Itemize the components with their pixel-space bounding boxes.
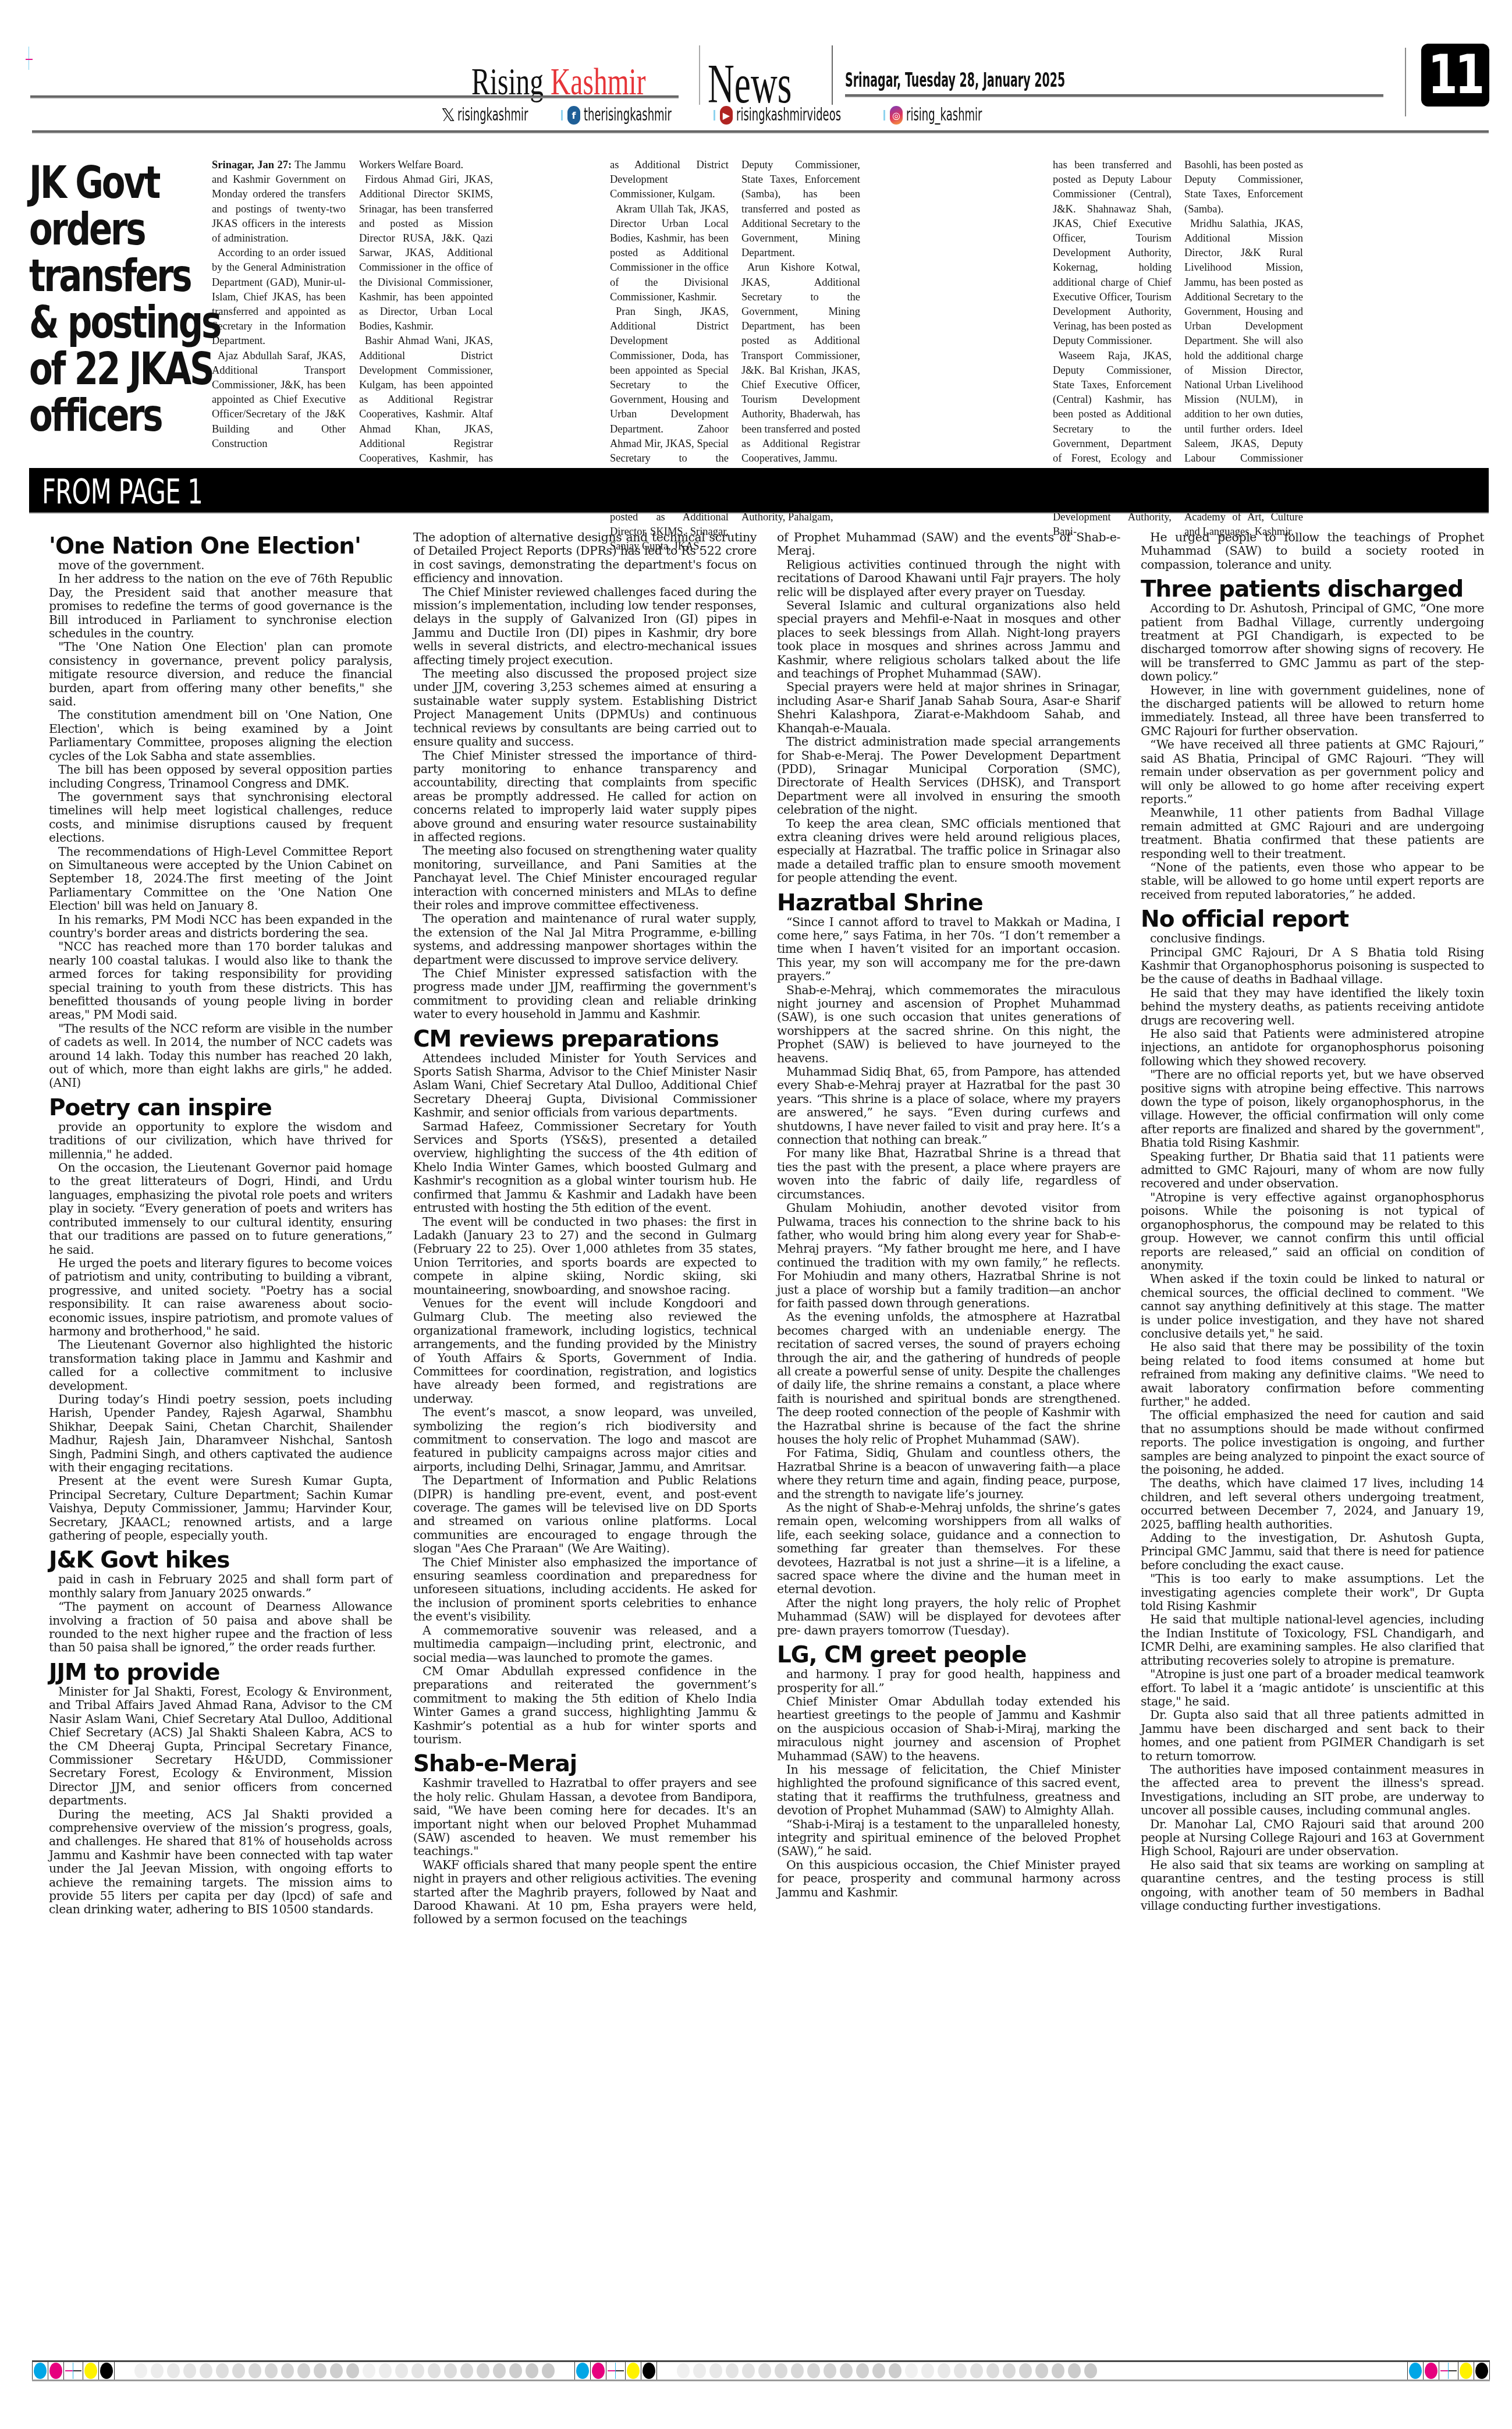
- paragraph: Arun Kishore Kotwal, JKAS, Additional Se…: [741, 261, 860, 466]
- print-color-bar: [32, 2360, 1490, 2381]
- article-shab-e-meraj-continued: of Prophet Muhammad (SAW) and the events…: [777, 531, 1120, 885]
- masthead-rule-right: [845, 94, 1383, 97]
- paragraph: According to an order issued by the Gene…: [212, 246, 346, 349]
- facebook-icon: f: [567, 106, 580, 125]
- instagram-icon: ◎: [890, 106, 903, 125]
- article-lg-cm-greet-continued: He urged people to follow the teachings …: [1141, 531, 1484, 572]
- section-heading: CM reviews preparations: [413, 1027, 757, 1052]
- youtube-icon: ▶: [720, 106, 733, 125]
- article-hazratbal-shrine: “Since I cannot afford to travel to Makk…: [777, 916, 1120, 1638]
- jump-column-2: The adoption of alternative designs and …: [413, 531, 757, 1927]
- magenta-patch: [592, 2363, 605, 2379]
- story-dateline: Srinagar, Jan 27:: [212, 159, 292, 171]
- x-icon: 𝕏: [442, 106, 454, 125]
- social-instagram[interactable]: ◎ rising_kashmir: [890, 106, 1011, 125]
- dateline: Srinagar, Tuesday 28, January 2025: [845, 70, 1065, 90]
- top-story-column: Srinagar, Jan 27: The Jammu and Kashmir …: [212, 158, 346, 452]
- jump-column-4: He urged people to follow the teachings …: [1141, 531, 1484, 1913]
- masthead-rule-left: [30, 95, 679, 98]
- page-number: 11: [1428, 48, 1482, 102]
- gray-scale-patches: [115, 2363, 574, 2378]
- section-heading: J&K Govt hikes: [49, 1548, 392, 1573]
- black-patch: [643, 2363, 655, 2379]
- masthead-rule-bottom: [32, 130, 1489, 133]
- social-handle: rising_kashmir: [906, 107, 969, 124]
- cmyk-patch-group: [574, 2362, 657, 2380]
- paragraph: Akram Ullah Tak, JKAS, Director Urban Lo…: [610, 203, 729, 305]
- section-heading: LG, CM greet people: [777, 1643, 1120, 1668]
- magenta-patch: [49, 2363, 62, 2379]
- section-heading: Shab-e-Meraj: [413, 1752, 757, 1776]
- registration-crop-mark: [26, 47, 33, 70]
- article-cm-reviews-preparations: Attendees included Minister for Youth Se…: [413, 1052, 757, 1747]
- magenta-patch: [1425, 2363, 1438, 2379]
- article-jk-govt-hikes: paid in cash in February 2025 and shall …: [49, 1573, 392, 1654]
- social-youtube[interactable]: ▶ risingkashmirvideos: [720, 106, 879, 125]
- social-x[interactable]: 𝕏 risingkashmir: [442, 106, 556, 125]
- section-heading: Hazratbal Shrine: [777, 891, 1120, 916]
- paragraph: Deputy Commissioner, State Taxes, Enforc…: [741, 158, 860, 261]
- section-heading: Poetry can inspire: [49, 1096, 392, 1120]
- article-no-official-report: conclusive findings. Principal GMC Rajou…: [1141, 932, 1484, 1913]
- gray-scale-patches: [657, 2363, 1117, 2378]
- black-patch: [100, 2363, 113, 2379]
- article-poetry-can-inspire: provide an opportunity to explore the wi…: [49, 1120, 392, 1543]
- yellow-patch: [84, 2363, 97, 2379]
- article-lg-cm-greet-people: and harmony. I pray for good health, hap…: [777, 1668, 1120, 1899]
- registration-mark-icon: [608, 2363, 624, 2379]
- registration-mark-icon: [65, 2363, 81, 2379]
- cyan-patch: [1409, 2363, 1422, 2379]
- social-separator: [714, 110, 715, 120]
- article-shab-e-meraj: Kashmir travelled to Hazratbal to offer …: [413, 1776, 757, 1926]
- jump-column-3: of Prophet Muhammad (SAW) and the events…: [777, 531, 1120, 1899]
- social-handles: 𝕏 risingkashmir f therisingkashmir ▶ ris…: [442, 104, 1011, 127]
- section-heading: 'One Nation One Election': [49, 534, 392, 559]
- paragraph: Ajaz Abdullah Saraf, JKAS, Additional Tr…: [212, 349, 346, 452]
- top-story-headline: JK Govt orders transfers & postings of 2…: [29, 159, 183, 439]
- social-separator: [561, 110, 563, 120]
- social-handle: risingkashmirvideos: [736, 107, 822, 124]
- social-handle: therisingkashmir: [584, 107, 659, 124]
- section-heading: Three patients discharged: [1141, 577, 1484, 602]
- from-page-1-banner: FROM PAGE 1: [29, 468, 1489, 512]
- cmyk-patch-group: [1407, 2362, 1490, 2380]
- article-jjm-continued: The adoption of alternative designs and …: [413, 531, 757, 1022]
- paragraph: Srinagar, Jan 27: The Jammu and Kashmir …: [212, 158, 346, 246]
- jump-column-1: 'One Nation One Election' move of the go…: [49, 534, 392, 1917]
- banner-label: FROM PAGE 1: [42, 475, 203, 509]
- section-heading: JJM to provide: [49, 1661, 392, 1685]
- social-separator: [883, 110, 885, 120]
- social-facebook[interactable]: f therisingkashmir: [567, 106, 709, 125]
- section-heading: No official report: [1141, 907, 1484, 932]
- paragraph: Workers Welfare Board.: [359, 158, 493, 173]
- cyan-patch: [34, 2363, 47, 2379]
- cyan-patch: [576, 2363, 589, 2379]
- registration-mark-icon: [1440, 2363, 1457, 2379]
- paragraph: Bashir Ahmad Wani, JKAS, Additional Dist…: [359, 334, 493, 481]
- paragraph: Firdous Ahmad Giri, JKAS, Additional Dir…: [359, 173, 493, 334]
- yellow-patch: [627, 2363, 640, 2379]
- cmyk-patch-group: [32, 2362, 115, 2380]
- article-one-nation-one-election: move of the government. In her address t…: [49, 559, 392, 1090]
- masthead-divider: [1405, 48, 1406, 116]
- article-jjm-to-provide: Minister for Jal Shakti, Forest, Ecology…: [49, 1685, 392, 1917]
- yellow-patch: [1460, 2363, 1472, 2379]
- black-patch: [1475, 2363, 1488, 2379]
- paragraph: Pran Singh, JKAS, Additional District De…: [610, 305, 729, 554]
- paragraph: has been transferred and posted as Deput…: [1053, 158, 1172, 349]
- social-handle: risingkashmir: [457, 107, 517, 124]
- paragraph: as Additional District Development Commi…: [610, 158, 729, 203]
- top-story-column: Workers Welfare Board. Firdous Ahmad Gir…: [359, 158, 493, 481]
- page-number-badge: 11: [1421, 44, 1489, 107]
- paragraph: Basohli, has been posted as Deputy Commi…: [1184, 158, 1303, 217]
- article-three-patients-discharged: According to Dr. Ashutosh, Principal of …: [1141, 602, 1484, 902]
